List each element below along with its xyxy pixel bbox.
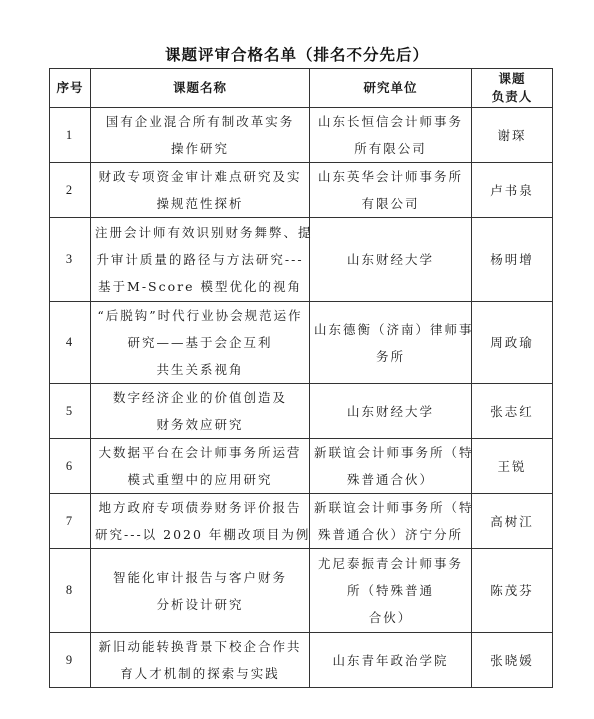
project-name: 注册会计师有效识别财务舞弊、提 升审计质量的路径与方法研究--- 基于M-Sco… xyxy=(91,218,310,302)
project-name-line: 注册会计师有效识别财务舞弊、提 xyxy=(95,219,305,246)
row-no: 5 xyxy=(50,384,91,439)
table-row: 5 数字经济企业的价值创造及 财务效应研究 山东财经大学 张志红 xyxy=(50,384,553,439)
header-research-unit: 研究单位 xyxy=(310,69,472,108)
research-unit-line: 山东长恒信会计师事务 xyxy=(314,108,467,135)
header-no: 序号 xyxy=(50,69,91,108)
research-unit-line: 殊普通合伙） xyxy=(314,466,467,493)
project-name-line: 财务效应研究 xyxy=(95,411,305,438)
project-name-line: 操规范性探析 xyxy=(95,190,305,217)
project-lead: 卢书泉 xyxy=(472,163,553,218)
row-no: 3 xyxy=(50,218,91,302)
table-row: 1 国有企业混合所有制改革实务 操作研究 山东长恒信会计师事务 所有限公司 谢琛 xyxy=(50,108,553,163)
project-name-line: 研究---以 2020 年棚改项目为例 xyxy=(95,521,305,548)
research-unit-line: 合伙） xyxy=(314,604,467,631)
table-row: 9 新旧动能转换背景下校企合作共 育人才机制的探索与实践 山东青年政治学院 张晓… xyxy=(50,633,553,688)
research-unit-line: 殊普通合伙）济宁分所 xyxy=(314,521,467,548)
row-no: 2 xyxy=(50,163,91,218)
table-row: 3 注册会计师有效识别财务舞弊、提 升审计质量的路径与方法研究--- 基于M-S… xyxy=(50,218,553,302)
project-name-line: 财政专项资金审计难点研究及实 xyxy=(95,163,305,190)
research-unit-line: 有限公司 xyxy=(314,190,467,217)
research-unit: 山东长恒信会计师事务 所有限公司 xyxy=(310,108,472,163)
project-name: 国有企业混合所有制改革实务 操作研究 xyxy=(91,108,310,163)
row-no: 9 xyxy=(50,633,91,688)
research-unit: 山东青年政治学院 xyxy=(310,633,472,688)
project-name-line: 地方政府专项债券财务评价报告 xyxy=(95,494,305,521)
research-unit: 新联谊会计师事务所（特 殊普通合伙）济宁分所 xyxy=(310,494,472,549)
project-name-line: 模式重塑中的应用研究 xyxy=(95,466,305,493)
project-name: 大数据平台在会计师事务所运营 模式重塑中的应用研究 xyxy=(91,439,310,494)
row-no: 6 xyxy=(50,439,91,494)
project-lead: 高树江 xyxy=(472,494,553,549)
research-unit-line: 山东财经大学 xyxy=(314,246,467,273)
project-lead: 陈茂芬 xyxy=(472,549,553,633)
research-unit-line: 务所 xyxy=(314,343,467,370)
project-name-line: 基于M-Score 模型优化的视角 xyxy=(95,273,305,300)
research-unit-line: 山东财经大学 xyxy=(314,398,467,425)
qualified-projects-table: 序号 课题名称 研究单位 课题 负责人 1 国有企业混合所有制改革实务 操作研究… xyxy=(49,68,553,688)
table-header-row: 序号 课题名称 研究单位 课题 负责人 xyxy=(50,69,553,108)
project-name-line: 智能化审计报告与客户财务 xyxy=(95,564,305,591)
table-row: 6 大数据平台在会计师事务所运营 模式重塑中的应用研究 新联谊会计师事务所（特 … xyxy=(50,439,553,494)
project-name-line: “后脱钩”时代行业协会规范运作 xyxy=(95,302,305,329)
row-no: 4 xyxy=(50,302,91,384)
project-name-line: 共生关系视角 xyxy=(95,356,305,383)
project-name: 新旧动能转换背景下校企合作共 育人才机制的探索与实践 xyxy=(91,633,310,688)
project-name: 财政专项资金审计难点研究及实 操规范性探析 xyxy=(91,163,310,218)
project-name-line: 升审计质量的路径与方法研究--- xyxy=(95,246,305,273)
project-name: “后脱钩”时代行业协会规范运作 研究——基于会企互利 共生关系视角 xyxy=(91,302,310,384)
research-unit-line: 山东德衡（济南）律师事 xyxy=(314,316,467,343)
header-lead-line2: 负责人 xyxy=(492,89,533,104)
research-unit: 山东德衡（济南）律师事 务所 xyxy=(310,302,472,384)
research-unit: 山东英华会计师事务所 有限公司 xyxy=(310,163,472,218)
research-unit-line: 所有限公司 xyxy=(314,135,467,162)
table-row: 2 财政专项资金审计难点研究及实 操规范性探析 山东英华会计师事务所 有限公司 … xyxy=(50,163,553,218)
header-lead-line1: 课题 xyxy=(498,71,525,86)
table-row: 7 地方政府专项债券财务评价报告 研究---以 2020 年棚改项目为例 新联谊… xyxy=(50,494,553,549)
project-name-line: 国有企业混合所有制改革实务 xyxy=(95,108,305,135)
project-name-line: 分析设计研究 xyxy=(95,591,305,618)
project-lead: 杨明增 xyxy=(472,218,553,302)
project-name-line: 育人才机制的探索与实践 xyxy=(95,660,305,687)
table-row: 8 智能化审计报告与客户财务 分析设计研究 尤尼泰振青会计师事务 所（特殊普通 … xyxy=(50,549,553,633)
research-unit: 新联谊会计师事务所（特 殊普通合伙） xyxy=(310,439,472,494)
project-lead: 王锐 xyxy=(472,439,553,494)
research-unit-line: 新联谊会计师事务所（特 xyxy=(314,439,467,466)
project-lead: 张晓媛 xyxy=(472,633,553,688)
research-unit: 山东财经大学 xyxy=(310,218,472,302)
research-unit-line: 所（特殊普通 xyxy=(314,577,467,604)
document-title: 课题评审合格名单（排名不分先后） xyxy=(0,43,594,65)
research-unit-line: 山东青年政治学院 xyxy=(314,647,467,674)
project-name-line: 大数据平台在会计师事务所运营 xyxy=(95,439,305,466)
table-row: 4 “后脱钩”时代行业协会规范运作 研究——基于会企互利 共生关系视角 山东德衡… xyxy=(50,302,553,384)
research-unit-line: 山东英华会计师事务所 xyxy=(314,163,467,190)
research-unit-line: 新联谊会计师事务所（特 xyxy=(314,494,467,521)
project-name: 数字经济企业的价值创造及 财务效应研究 xyxy=(91,384,310,439)
row-no: 8 xyxy=(50,549,91,633)
project-lead: 谢琛 xyxy=(472,108,553,163)
header-project-lead: 课题 负责人 xyxy=(472,69,553,108)
header-project-name: 课题名称 xyxy=(91,69,310,108)
project-name-line: 新旧动能转换背景下校企合作共 xyxy=(95,633,305,660)
research-unit: 尤尼泰振青会计师事务 所（特殊普通 合伙） xyxy=(310,549,472,633)
project-name-line: 操作研究 xyxy=(95,135,305,162)
project-name-line: 数字经济企业的价值创造及 xyxy=(95,384,305,411)
row-no: 7 xyxy=(50,494,91,549)
research-unit: 山东财经大学 xyxy=(310,384,472,439)
row-no: 1 xyxy=(50,108,91,163)
project-name: 地方政府专项债券财务评价报告 研究---以 2020 年棚改项目为例 xyxy=(91,494,310,549)
research-unit-line: 尤尼泰振青会计师事务 xyxy=(314,550,467,577)
project-lead: 周政瑜 xyxy=(472,302,553,384)
project-name-line: 研究——基于会企互利 xyxy=(95,329,305,356)
project-lead: 张志红 xyxy=(472,384,553,439)
project-name: 智能化审计报告与客户财务 分析设计研究 xyxy=(91,549,310,633)
